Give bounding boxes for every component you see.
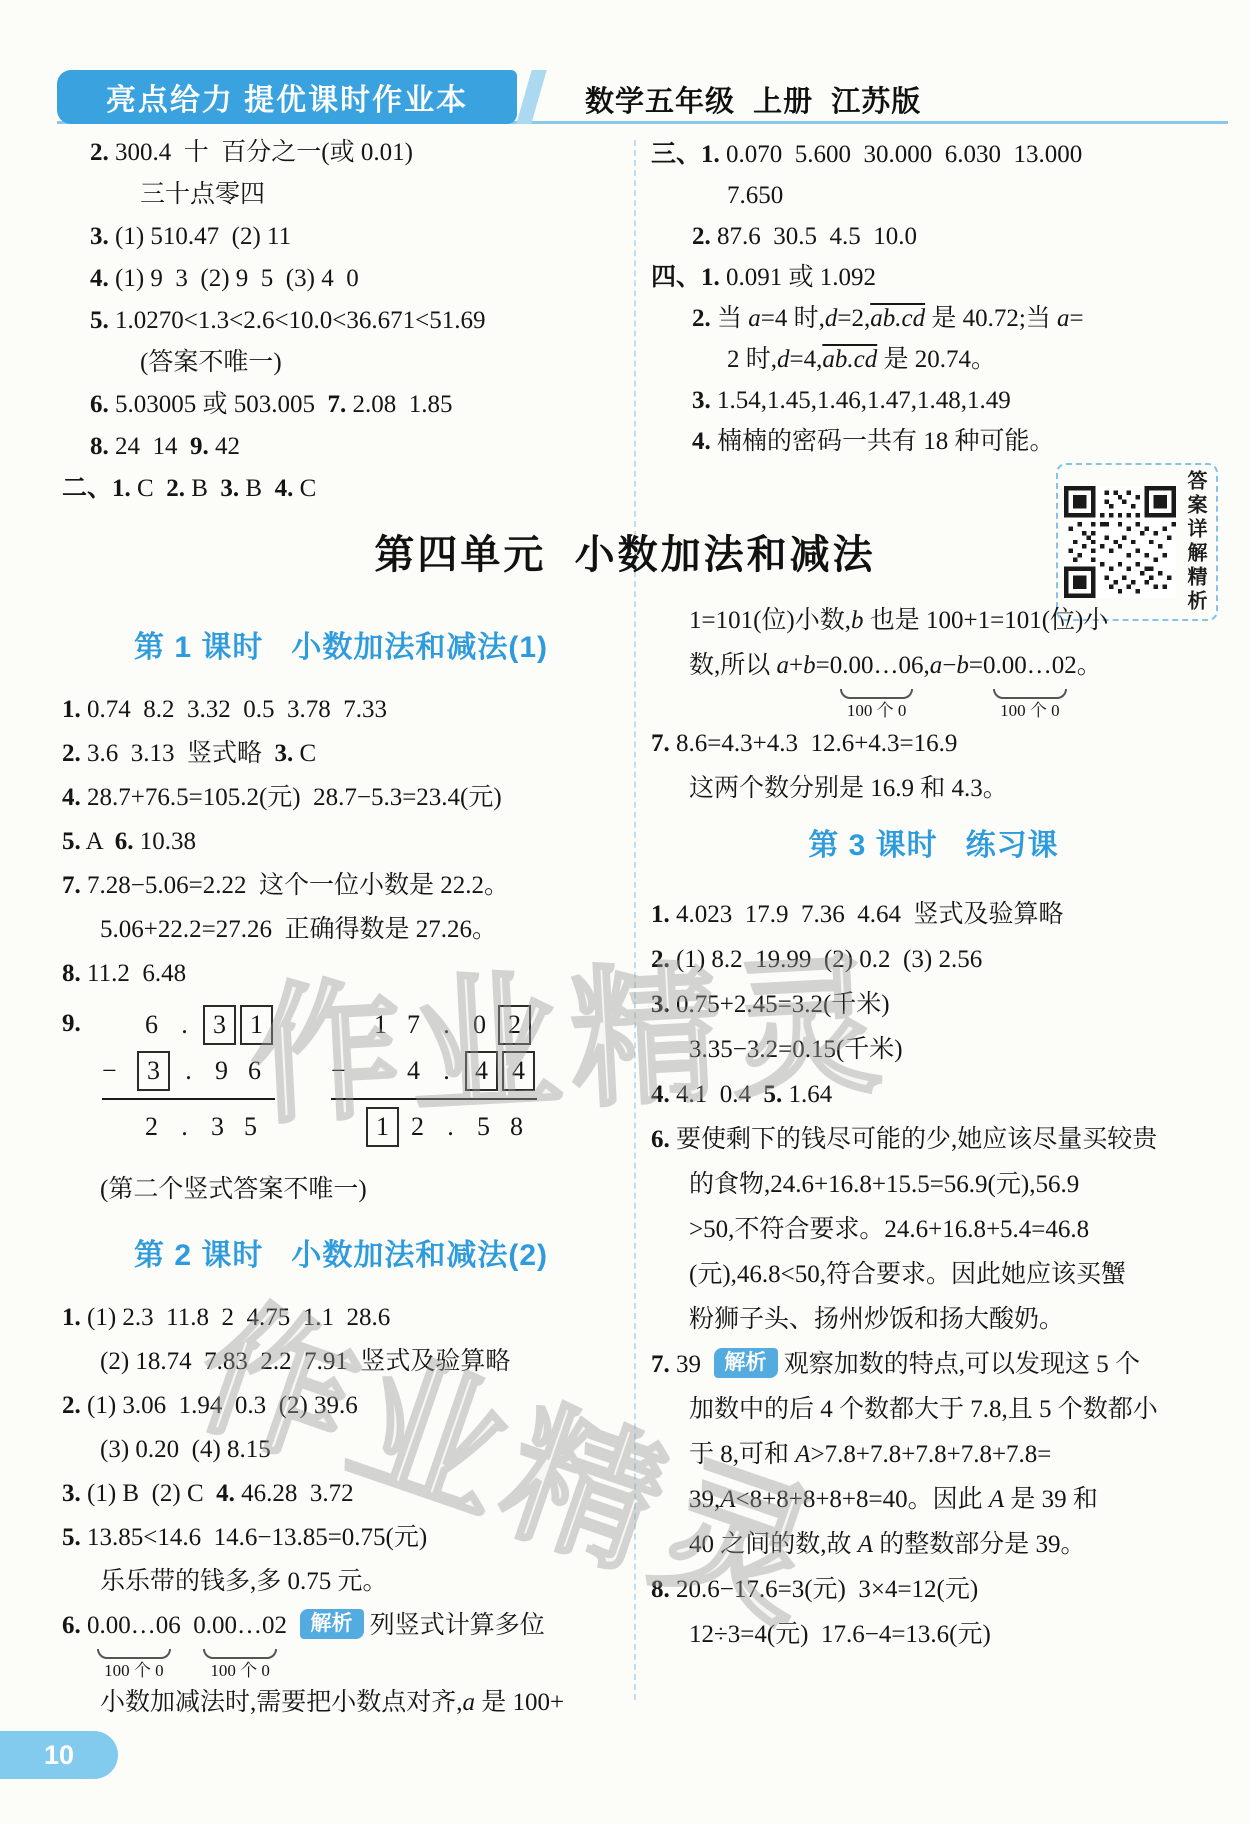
answer-line: 数,所以 a+b=0.00…06100 个 0,a−b=0.00…02100 个…	[651, 643, 1216, 721]
answer-line: 12÷3=4(元) 17.6−4=13.6(元)	[651, 1612, 1216, 1657]
banner-accent-stripe	[516, 70, 546, 124]
underbrace	[840, 689, 913, 699]
underbrace	[97, 1649, 170, 1659]
digit: 5	[467, 1105, 500, 1149]
calc-row: 12.58	[331, 1098, 537, 1150]
underbrace-number: 0.00…06100 个 0	[830, 643, 924, 721]
answer-line: 2 时,d=4,ab.cd 是 20.74。	[651, 339, 1216, 380]
answer-line: 4. 楠楠的密码一共有 18 种可能。	[651, 421, 1216, 462]
digit: 6	[135, 1003, 168, 1047]
answer-line: 1=101(位)小数,b 也是 100+1=101(位)小	[651, 598, 1216, 643]
underbrace-number: 0.00…02100 个 0	[983, 643, 1077, 721]
answer-line: 粉狮子头、扬州炒饭和扬大酸奶。	[651, 1297, 1216, 1342]
lesson1-note: (第二个竖式答案不唯一)	[62, 1168, 620, 1212]
answer-line: 3. 1.54,1.45,1.46,1.47,1.48,1.49	[651, 380, 1216, 421]
digit: 8	[500, 1105, 533, 1149]
answer-line: >50,不符合要求。24.6+16.8+5.4=46.8	[651, 1207, 1216, 1252]
digit: −	[331, 1049, 364, 1093]
digit: .	[172, 1049, 205, 1093]
answer-line: 三十点零四	[62, 174, 620, 216]
page-number-badge: 10	[0, 1731, 118, 1779]
digit: .	[430, 1003, 463, 1047]
digit: 6	[238, 1049, 271, 1093]
digit: 7	[397, 1003, 430, 1047]
answer-line: 的食物,24.6+16.8+15.5=56.9(元),56.9	[651, 1162, 1216, 1207]
boxed-digit: 4	[465, 1051, 498, 1091]
answer-line: 这两个数分别是 16.9 和 4.3。	[651, 766, 1216, 811]
answer-line: 7. 8.6=4.3+4.3 12.6+4.3=16.9	[651, 721, 1216, 766]
vertical-calculation-stacks: 6.31−3.962.3517.02−4.4412.58	[102, 1002, 537, 1150]
answer-line: 39,A<8+8+8+8+8=40。因此 A 是 39 和	[651, 1477, 1216, 1522]
calc-row: −4.44	[331, 1048, 537, 1094]
answer-line: (元),46.8<50,符合要求。因此她应该买蟹	[651, 1252, 1216, 1297]
lesson3-heading: 第 3 课时 练习课	[651, 820, 1216, 864]
answer-line: 四、1. 0.091 或 1.092	[651, 257, 1216, 298]
boxed-digit: 3	[203, 1005, 236, 1045]
answer-line: 7. 39 解析 观察加数的特点,可以发现这 5 个	[651, 1342, 1216, 1387]
underbrace	[203, 1649, 276, 1659]
underbrace	[993, 689, 1066, 699]
digit: .	[430, 1049, 463, 1093]
answer-line: 8. 24 14 9. 42	[62, 426, 620, 468]
subtraction-stack: 6.31−3.962.35	[102, 1002, 275, 1150]
boxed-digit: 1	[366, 1107, 399, 1147]
answer-line: 4. 4.1 0.4 5. 1.64	[651, 1072, 1216, 1117]
left-column-top-answers: 2. 300.4 十 百分之一(或 0.01)三十点零四3. (1) 510.4…	[62, 132, 620, 510]
answer-line: (第二个竖式答案不唯一)	[62, 1168, 620, 1212]
answer-line: 7. 7.28−5.06=2.22 这个一位小数是 22.2。	[62, 864, 620, 908]
boxed-digit: 3	[137, 1051, 170, 1091]
item9-number: 9.	[62, 1002, 102, 1150]
answer-line: 3.35−3.2=0.15(千米)	[651, 1027, 1216, 1072]
digit: 2	[135, 1105, 168, 1149]
answer-line: 8. 11.2 6.48	[62, 952, 620, 996]
answer-book-page: 亮点给力 提优课时作业本 数学五年级 上册 江苏版 2. 300.4 十 百分之…	[0, 0, 1250, 1824]
column-divider	[634, 140, 636, 1700]
calc-row: 2.35	[102, 1098, 275, 1150]
digit: .	[168, 1105, 201, 1149]
answer-line: 乐乐带的钱多,多 0.75 元。	[62, 1560, 620, 1604]
lesson1-heading: 第 1 课时 小数加法和减法(1)	[62, 622, 620, 666]
qr-caption: 答案详解精析	[1181, 470, 1210, 614]
answer-line: 2. (1) 8.2 19.99 (2) 0.2 (3) 2.56	[651, 937, 1216, 982]
lesson2-answers: 1. (1) 2.3 11.8 2 4.75 1.1 28.6(2) 18.74…	[62, 1296, 620, 1725]
boxed-digit: 1	[240, 1005, 273, 1045]
analysis-badge: 解析	[300, 1609, 364, 1639]
digit: 4	[397, 1049, 430, 1093]
lesson2-heading: 第 2 课时 小数加法和减法(2)	[62, 1230, 620, 1274]
answer-line: 6. 0.00…06100 个 0 0.00…02100 个 0 解析 列竖式计…	[62, 1604, 620, 1681]
answer-line: 1. 0.74 8.2 3.32 0.5 3.78 7.33	[62, 688, 620, 732]
right-column-continuation: 1=101(位)小数,b 也是 100+1=101(位)小数,所以 a+b=0.…	[651, 598, 1216, 811]
answer-line: 7.650	[651, 175, 1216, 216]
answer-line: 三、1. 0.070 5.600 30.000 6.030 13.000	[651, 134, 1216, 175]
right-column-top-answers: 三、1. 0.070 5.600 30.000 6.030 13.0007.65…	[651, 134, 1216, 462]
digit: .	[168, 1003, 201, 1047]
analysis-badge: 解析	[714, 1348, 778, 1378]
lesson1-lines: 1. 0.74 8.2 3.32 0.5 3.78 7.332. 3.6 3.1…	[62, 688, 620, 996]
answer-line: 2. 当 a=4 时,d=2,ab.cd 是 40.72;当 a=	[651, 298, 1216, 339]
digit: 5	[234, 1105, 267, 1149]
answer-line: 5.06+22.2=27.26 正确得数是 27.26。	[62, 908, 620, 952]
answer-line: 2. (1) 3.06 1.94 0.3 (2) 39.6	[62, 1384, 620, 1428]
digit: 0	[463, 1003, 496, 1047]
header-banner: 亮点给力 提优课时作业本	[57, 70, 517, 124]
qr-code-graphic	[1064, 486, 1176, 598]
edition-label: 数学五年级 上册 江苏版	[585, 79, 921, 120]
digit: 1	[364, 1003, 397, 1047]
answer-line: 4. 28.7+76.5=105.2(元) 28.7−5.3=23.4(元)	[62, 776, 620, 820]
answer-line: 8. 20.6−17.6=3(元) 3×4=12(元)	[651, 1567, 1216, 1612]
calc-row: −3.96	[102, 1048, 275, 1094]
answer-line: 5. A 6. 10.38	[62, 820, 620, 864]
answer-line: (2) 18.74 7.83 2.2 7.91 竖式及验算略	[62, 1340, 620, 1384]
answer-line: 1. (1) 2.3 11.8 2 4.75 1.1 28.6	[62, 1296, 620, 1340]
calc-row: 17.02	[331, 1002, 537, 1048]
answer-line: 6. 要使剩下的钱尽可能的少,她应该尽量买较贵	[651, 1117, 1216, 1162]
answer-line: 3. (1) B (2) C 4. 46.28 3.72	[62, 1472, 620, 1516]
answer-line: (3) 0.20 (4) 8.15	[62, 1428, 620, 1472]
answer-line: 加数中的后 4 个数都大于 7.8,且 5 个数都小	[651, 1387, 1216, 1432]
answer-line: 5. 1.0270<1.3<2.6<10.0<36.671<51.69	[62, 300, 620, 342]
underbrace-number: 0.00…02100 个 0	[193, 1604, 287, 1681]
boxed-digit: 2	[498, 1005, 531, 1045]
answer-line: 二、1. C 2. B 3. B 4. C	[62, 468, 620, 510]
answer-line: 4. (1) 9 3 (2) 9 5 (3) 4 0	[62, 258, 620, 300]
answer-line: 2. 3.6 3.13 竖式略 3. C	[62, 732, 620, 776]
banner-title: 亮点给力 提优课时作业本	[106, 75, 468, 119]
digit: 3	[201, 1105, 234, 1149]
underbrace-number: 0.00…06100 个 0	[87, 1604, 181, 1681]
boxed-digit: 4	[502, 1051, 535, 1091]
lesson3-answers: 1. 4.023 17.9 7.36 4.64 竖式及验算略2. (1) 8.2…	[651, 892, 1216, 1657]
answer-line: 2. 87.6 30.5 4.5 10.0	[651, 216, 1216, 257]
answer-line: 6. 5.03005 或 503.005 7. 2.08 1.85	[62, 384, 620, 426]
answer-line: 3. (1) 510.47 (2) 11	[62, 216, 620, 258]
vertical-calculation: 9. 6.31−3.962.3517.02−4.4412.58	[62, 1002, 620, 1150]
answer-line: 3. 0.75+2.45=3.2(千米)	[651, 982, 1216, 1027]
subtraction-stack: 17.02−4.4412.58	[331, 1002, 537, 1150]
digit: 2	[401, 1105, 434, 1149]
answer-line: 2. 300.4 十 百分之一(或 0.01)	[62, 132, 620, 174]
answer-line: 40 之间的数,故 A 的整数部分是 39。	[651, 1522, 1216, 1567]
answer-line: 小数加减法时,需要把小数点对齐,a 是 100+	[62, 1681, 620, 1725]
digit: −	[102, 1049, 135, 1093]
answer-line: 1. 4.023 17.9 7.36 4.64 竖式及验算略	[651, 892, 1216, 937]
digit: .	[434, 1105, 467, 1149]
answer-line: 于 8,可和 A>7.8+7.8+7.8+7.8+7.8=	[651, 1432, 1216, 1477]
answer-line: 5. 13.85<14.6 14.6−13.85=0.75(元)	[62, 1516, 620, 1560]
calc-row: 6.31	[102, 1002, 275, 1048]
digit: 9	[205, 1049, 238, 1093]
lesson1-answers: 1. 0.74 8.2 3.32 0.5 3.78 7.332. 3.6 3.1…	[62, 688, 620, 1212]
answer-line: (答案不唯一)	[62, 342, 620, 384]
